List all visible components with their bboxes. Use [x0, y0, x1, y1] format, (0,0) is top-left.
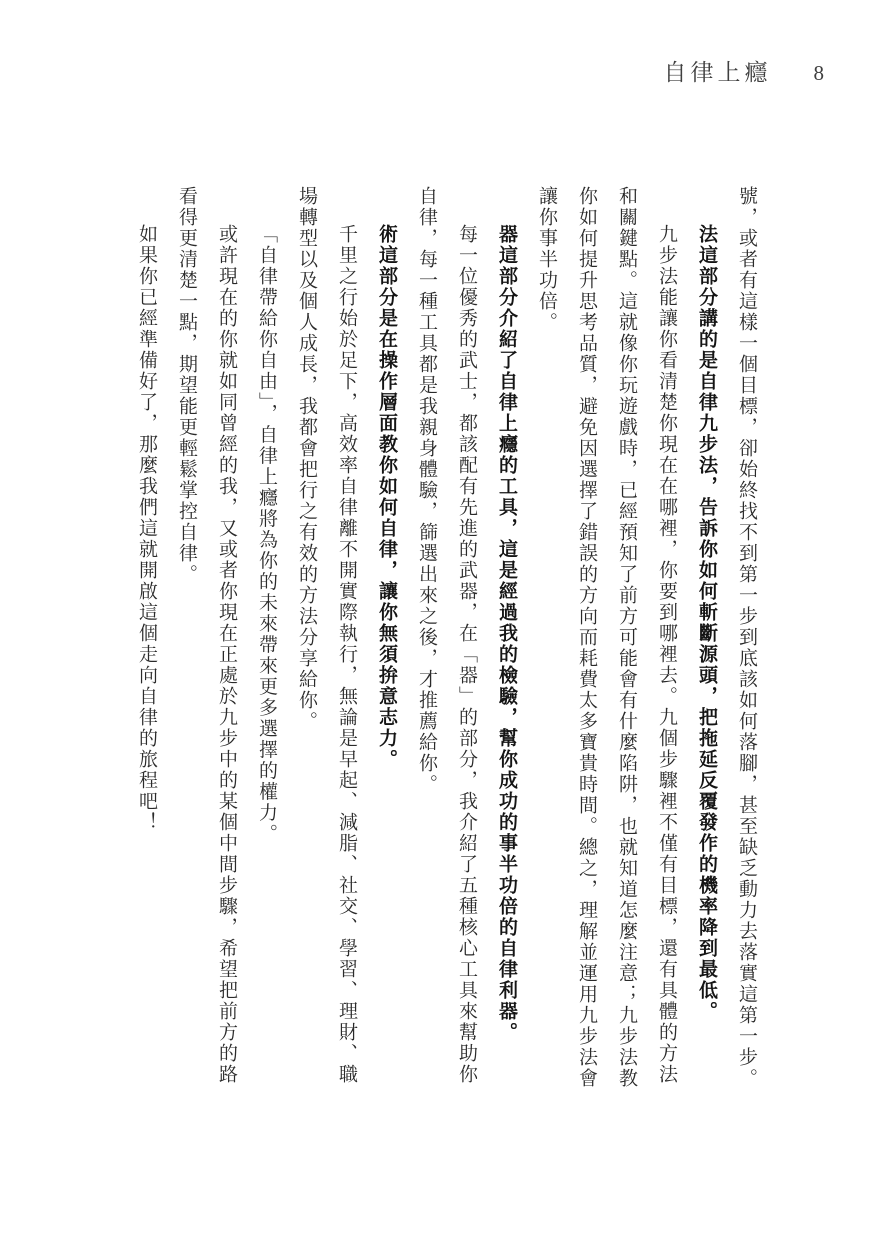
- paragraph-warrior-tools: 每一位優秀的武士，都該配有先進的武器，在「器」的部分，我介紹了五種核心工具來幫助…: [406, 186, 486, 1098]
- paragraph-shu-section: 術這部分是在操作層面教你如何自律，讓你無須拚意志力。: [366, 186, 406, 1098]
- book-title: 自律上癮: [664, 54, 772, 87]
- page-number: 8: [814, 61, 825, 86]
- vertical-text-block: 號，或者有這樣一個目標，卻始終找不到第一步到底該如何落腳，甚至缺乏動力去落實這第…: [126, 186, 766, 1098]
- paragraph-fa-section: 法這部分講的是自律九步法，告訴你如何斬斷源頭，把拖延反覆發作的機率降到最低。: [686, 186, 726, 1098]
- paragraph-nine-steps: 九步法能讓你看清楚你現在在哪裡，你要到哪裡去。九個步驟裡不僅有目標，還有具體的方…: [526, 186, 686, 1098]
- book-page: { "page": { "background_color": "#ffffff…: [0, 0, 875, 1241]
- paragraph-reader-address: 或許現在的你就如同曾經的我，又或者你現在正處於九步中的某個中間步驟，希望把前方的…: [166, 186, 246, 1098]
- paragraph-continuation: 號，或者有這樣一個目標，卻始終找不到第一步到底該如何落腳，甚至缺乏動力去落實這第…: [726, 186, 766, 1098]
- paragraph-closing: 如果你已經準備好了，那麼我們這就開啟這個走向自律的旅程吧！: [126, 186, 166, 1098]
- paragraph-execution: 千里之行始於足下，高效率自律離不開實際執行，無論是早起、減脂、社交、學習、理財、…: [286, 186, 366, 1098]
- running-header: 自律上癮 8: [664, 54, 825, 87]
- paragraph-qi-section: 器這部分介紹了自律上癮的工具，這是經過我的檢驗，幫你成功的事半功倍的自律利器。: [486, 186, 526, 1098]
- paragraph-freedom-quote: 「自律帶給你自由」，自律上癮將為你的未來帶來更多選擇的權力。: [246, 186, 286, 1098]
